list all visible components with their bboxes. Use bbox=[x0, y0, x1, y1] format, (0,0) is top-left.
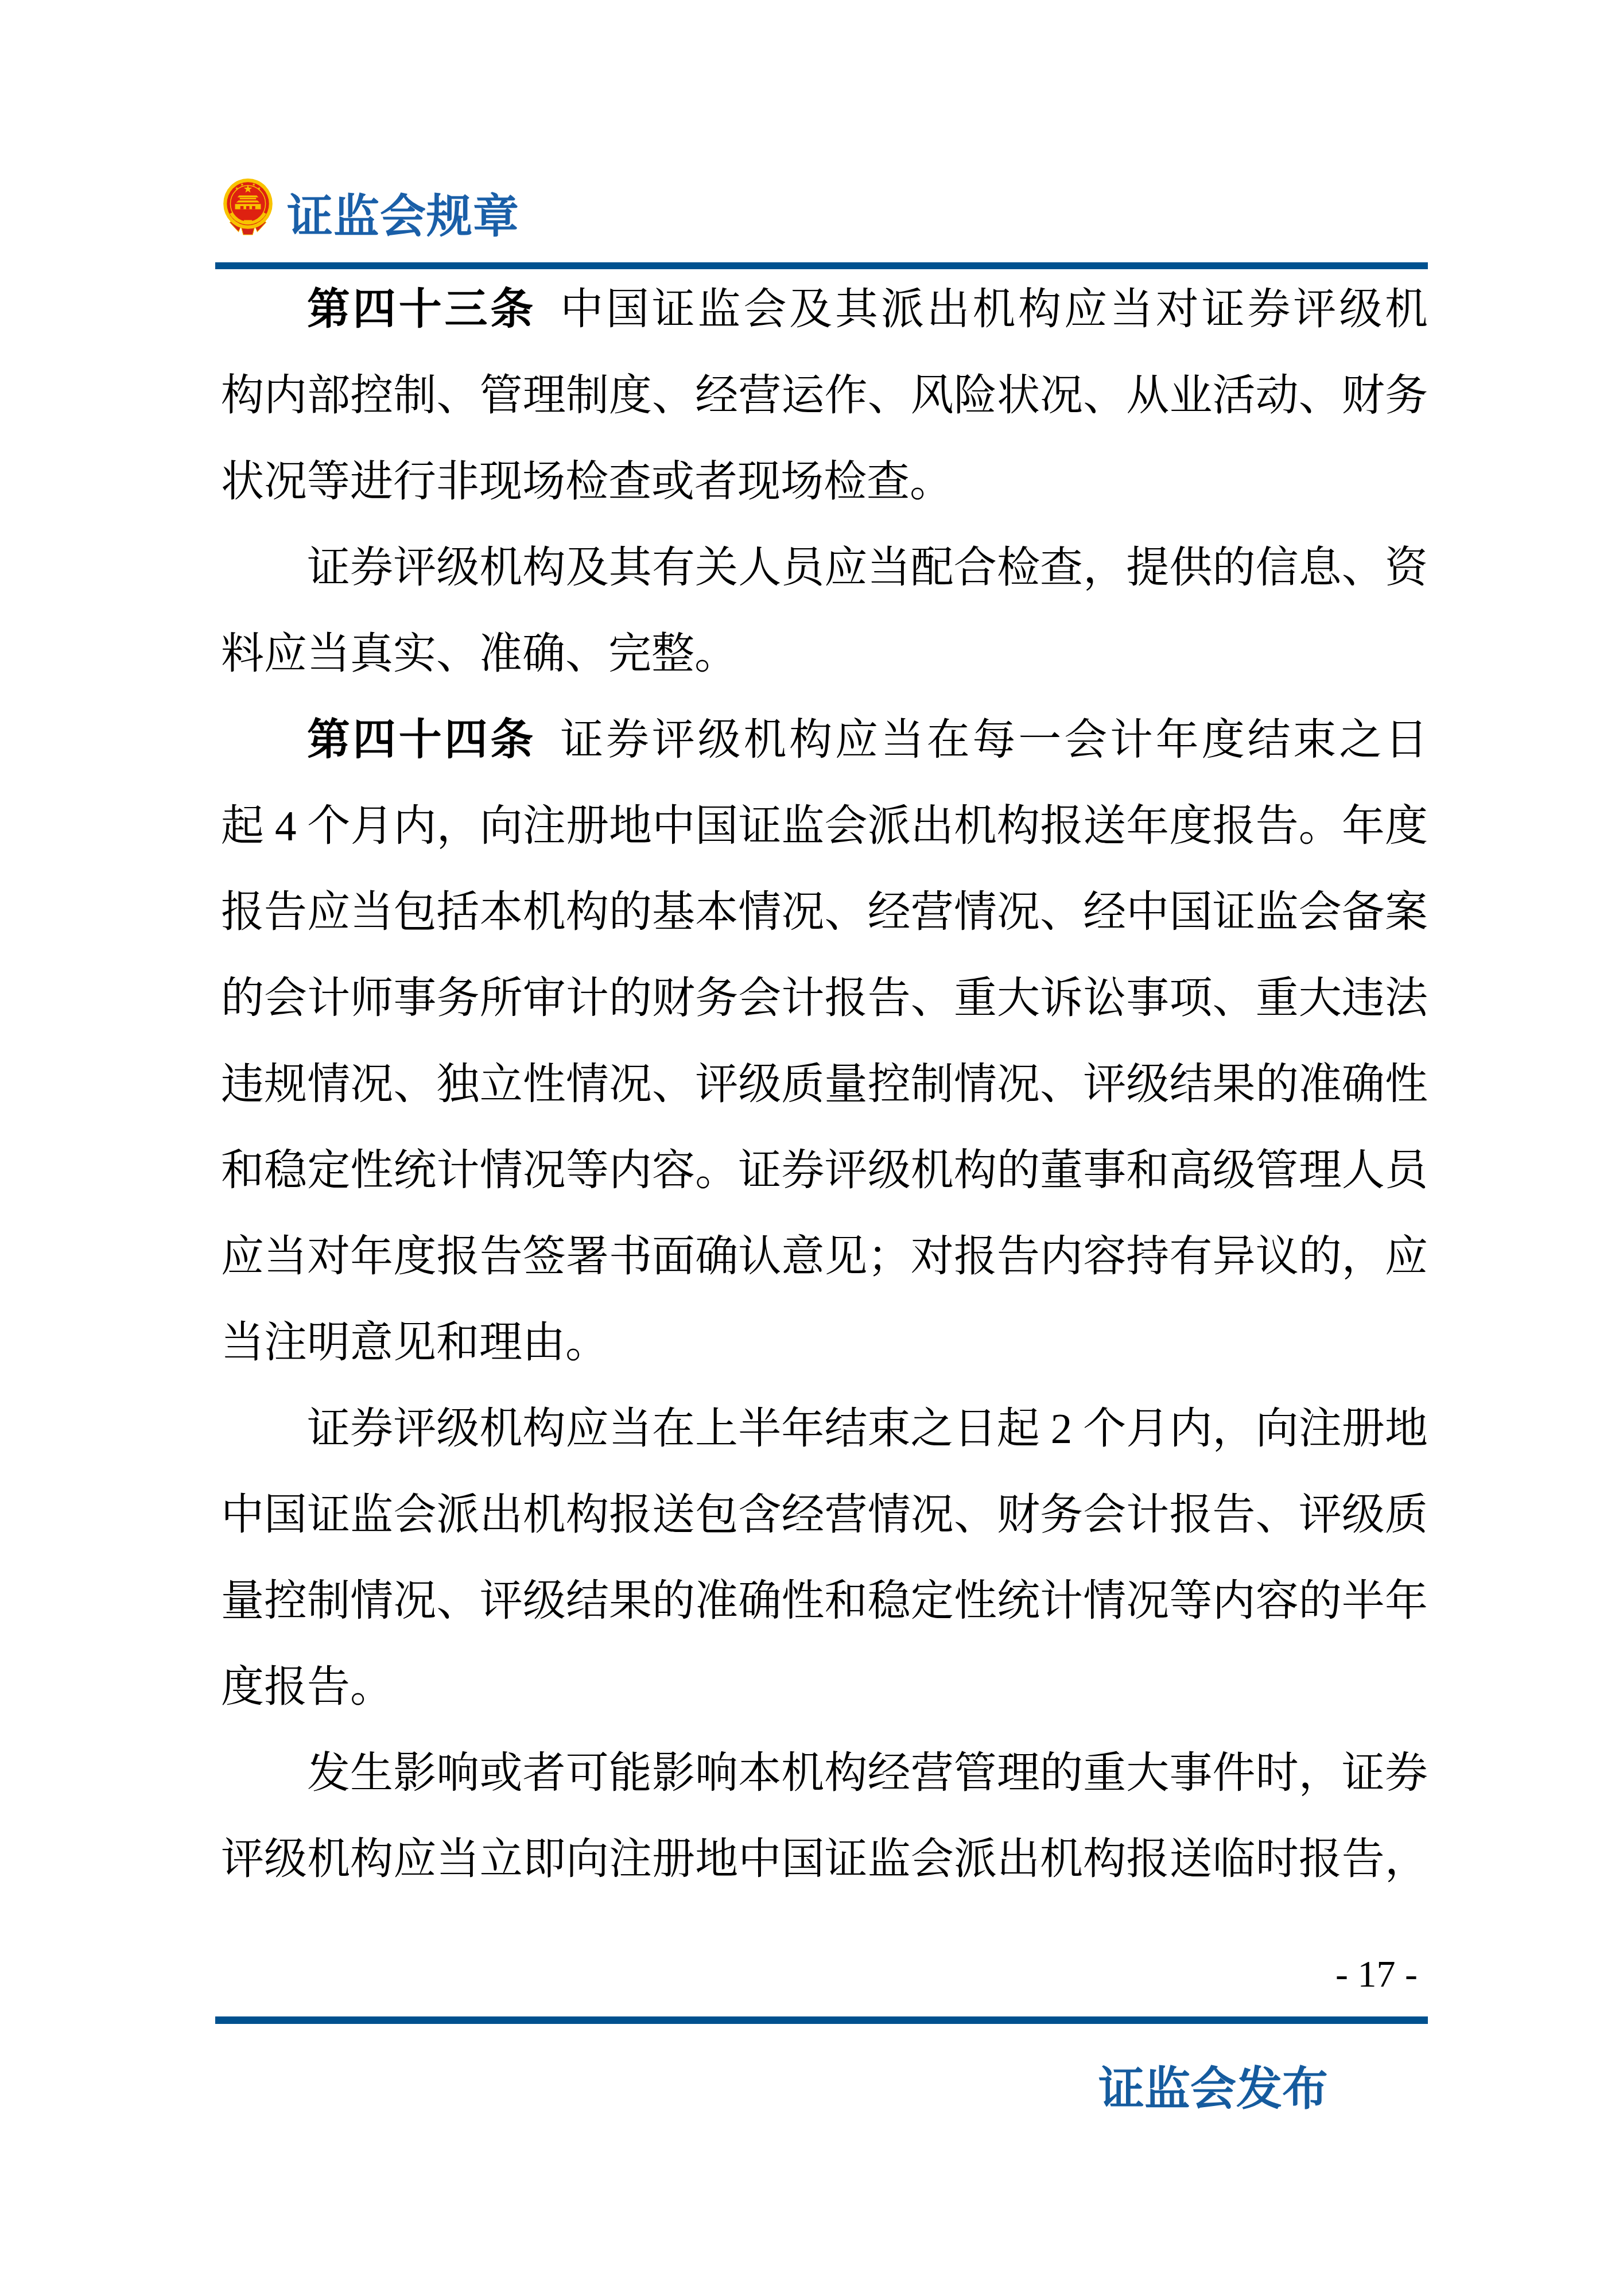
body-line: 证券评级机构应当在上半年结束之日起 2 个月内，向注册地 bbox=[221, 1386, 1428, 1472]
body-line: 发生影响或者可能影响本机构经营管理的重大事件时，证券 bbox=[221, 1731, 1428, 1817]
body-line: 中国证监会派出机构报送包含经营情况、财务会计报告、评级质 bbox=[221, 1472, 1428, 1558]
line-text: 当注明意见和理由。 bbox=[221, 1319, 608, 1367]
line-text: 状况等进行非现场检查或者现场检查。 bbox=[221, 458, 953, 506]
publisher-label: 证监会发布 bbox=[1098, 2063, 1328, 2116]
line-text: 证券评级机构应当在上半年结束之日起 2 个月内，向注册地 bbox=[307, 1405, 1428, 1453]
china-national-emblem-icon bbox=[223, 178, 273, 236]
document-body: 第四十三条中国证监会及其派出机构应当对证券评级机 构内部控制、管理制度、经营运作… bbox=[221, 267, 1428, 1903]
body-line: 证券评级机构及其有关人员应当配合检查，提供的信息、资 bbox=[221, 525, 1428, 611]
article-number: 第四十三条 bbox=[307, 286, 536, 333]
body-line: 起 4 个月内，向注册地中国证监会派出机构报送年度报告。年度 bbox=[221, 784, 1428, 870]
line-text: 证券评级机构及其有关人员应当配合检查，提供的信息、资 bbox=[307, 544, 1428, 592]
line-text: 应当对年度报告签署书面确认意见；对报告内容持有异议的，应 bbox=[221, 1233, 1428, 1281]
body-line: 状况等进行非现场检查或者现场检查。 bbox=[221, 439, 1428, 525]
line-text: 料应当真实、准确、完整。 bbox=[221, 630, 737, 678]
body-line: 的会计师事务所审计的财务会计报告、重大诉讼事项、重大违法 bbox=[221, 956, 1428, 1042]
header-title: 证监会规章 bbox=[287, 183, 519, 241]
body-line: 料应当真实、准确、完整。 bbox=[221, 611, 1428, 697]
line-text: 发生影响或者可能影响本机构经营管理的重大事件时，证券 bbox=[307, 1750, 1428, 1797]
line-text: 违规情况、独立性情况、评级质量控制情况、评级结果的准确性 bbox=[221, 1061, 1428, 1108]
body-line: 报告应当包括本机构的基本情况、经营情况、经中国证监会备案 bbox=[221, 870, 1428, 956]
line-text: 度报告。 bbox=[221, 1663, 393, 1711]
article-number: 第四十四条 bbox=[307, 716, 536, 764]
line-text: 的会计师事务所审计的财务会计报告、重大诉讼事项、重大违法 bbox=[221, 975, 1428, 1022]
document-page: 证监会规章 第四十三条中国证监会及其派出机构应当对证券评级机 构内部控制、管理制… bbox=[0, 0, 1623, 2296]
body-line: 违规情况、独立性情况、评级质量控制情况、评级结果的准确性 bbox=[221, 1042, 1428, 1128]
footer-rule bbox=[215, 2016, 1428, 2024]
line-text: 评级机构应当立即向注册地中国证监会派出机构报送临时报告， bbox=[221, 1836, 1428, 1883]
line-text: 证券评级机构应当在每一会计年度结束之日 bbox=[560, 716, 1428, 764]
line-text: 中国证监会及其派出机构应当对证券评级机 bbox=[560, 286, 1428, 333]
body-line: 当注明意见和理由。 bbox=[221, 1300, 1428, 1386]
body-line: 第四十三条中国证监会及其派出机构应当对证券评级机 bbox=[221, 267, 1428, 353]
body-line: 和稳定性统计情况等内容。证券评级机构的董事和高级管理人员 bbox=[221, 1128, 1428, 1214]
body-line: 评级机构应当立即向注册地中国证监会派出机构报送临时报告， bbox=[221, 1817, 1428, 1903]
line-text: 中国证监会派出机构报送包含经营情况、财务会计报告、评级质 bbox=[221, 1491, 1428, 1539]
line-text: 报告应当包括本机构的基本情况、经营情况、经中国证监会备案 bbox=[221, 889, 1428, 936]
line-text: 起 4 个月内，向注册地中国证监会派出机构报送年度报告。年度 bbox=[221, 802, 1428, 850]
body-line: 量控制情况、评级结果的准确性和稳定性统计情况等内容的半年 bbox=[221, 1558, 1428, 1645]
page-number: - 17 - bbox=[215, 1952, 1418, 1998]
body-line: 应当对年度报告签署书面确认意见；对报告内容持有异议的，应 bbox=[221, 1214, 1428, 1300]
line-text: 构内部控制、管理制度、经营运作、风险状况、从业活动、财务 bbox=[221, 372, 1428, 420]
line-text: 量控制情况、评级结果的准确性和稳定性统计情况等内容的半年 bbox=[221, 1577, 1428, 1625]
body-line: 第四十四条证券评级机构应当在每一会计年度结束之日 bbox=[221, 697, 1428, 784]
line-text: 和稳定性统计情况等内容。证券评级机构的董事和高级管理人员 bbox=[221, 1147, 1428, 1194]
body-line: 构内部控制、管理制度、经营运作、风险状况、从业活动、财务 bbox=[221, 353, 1428, 439]
body-line: 度报告。 bbox=[221, 1645, 1428, 1731]
